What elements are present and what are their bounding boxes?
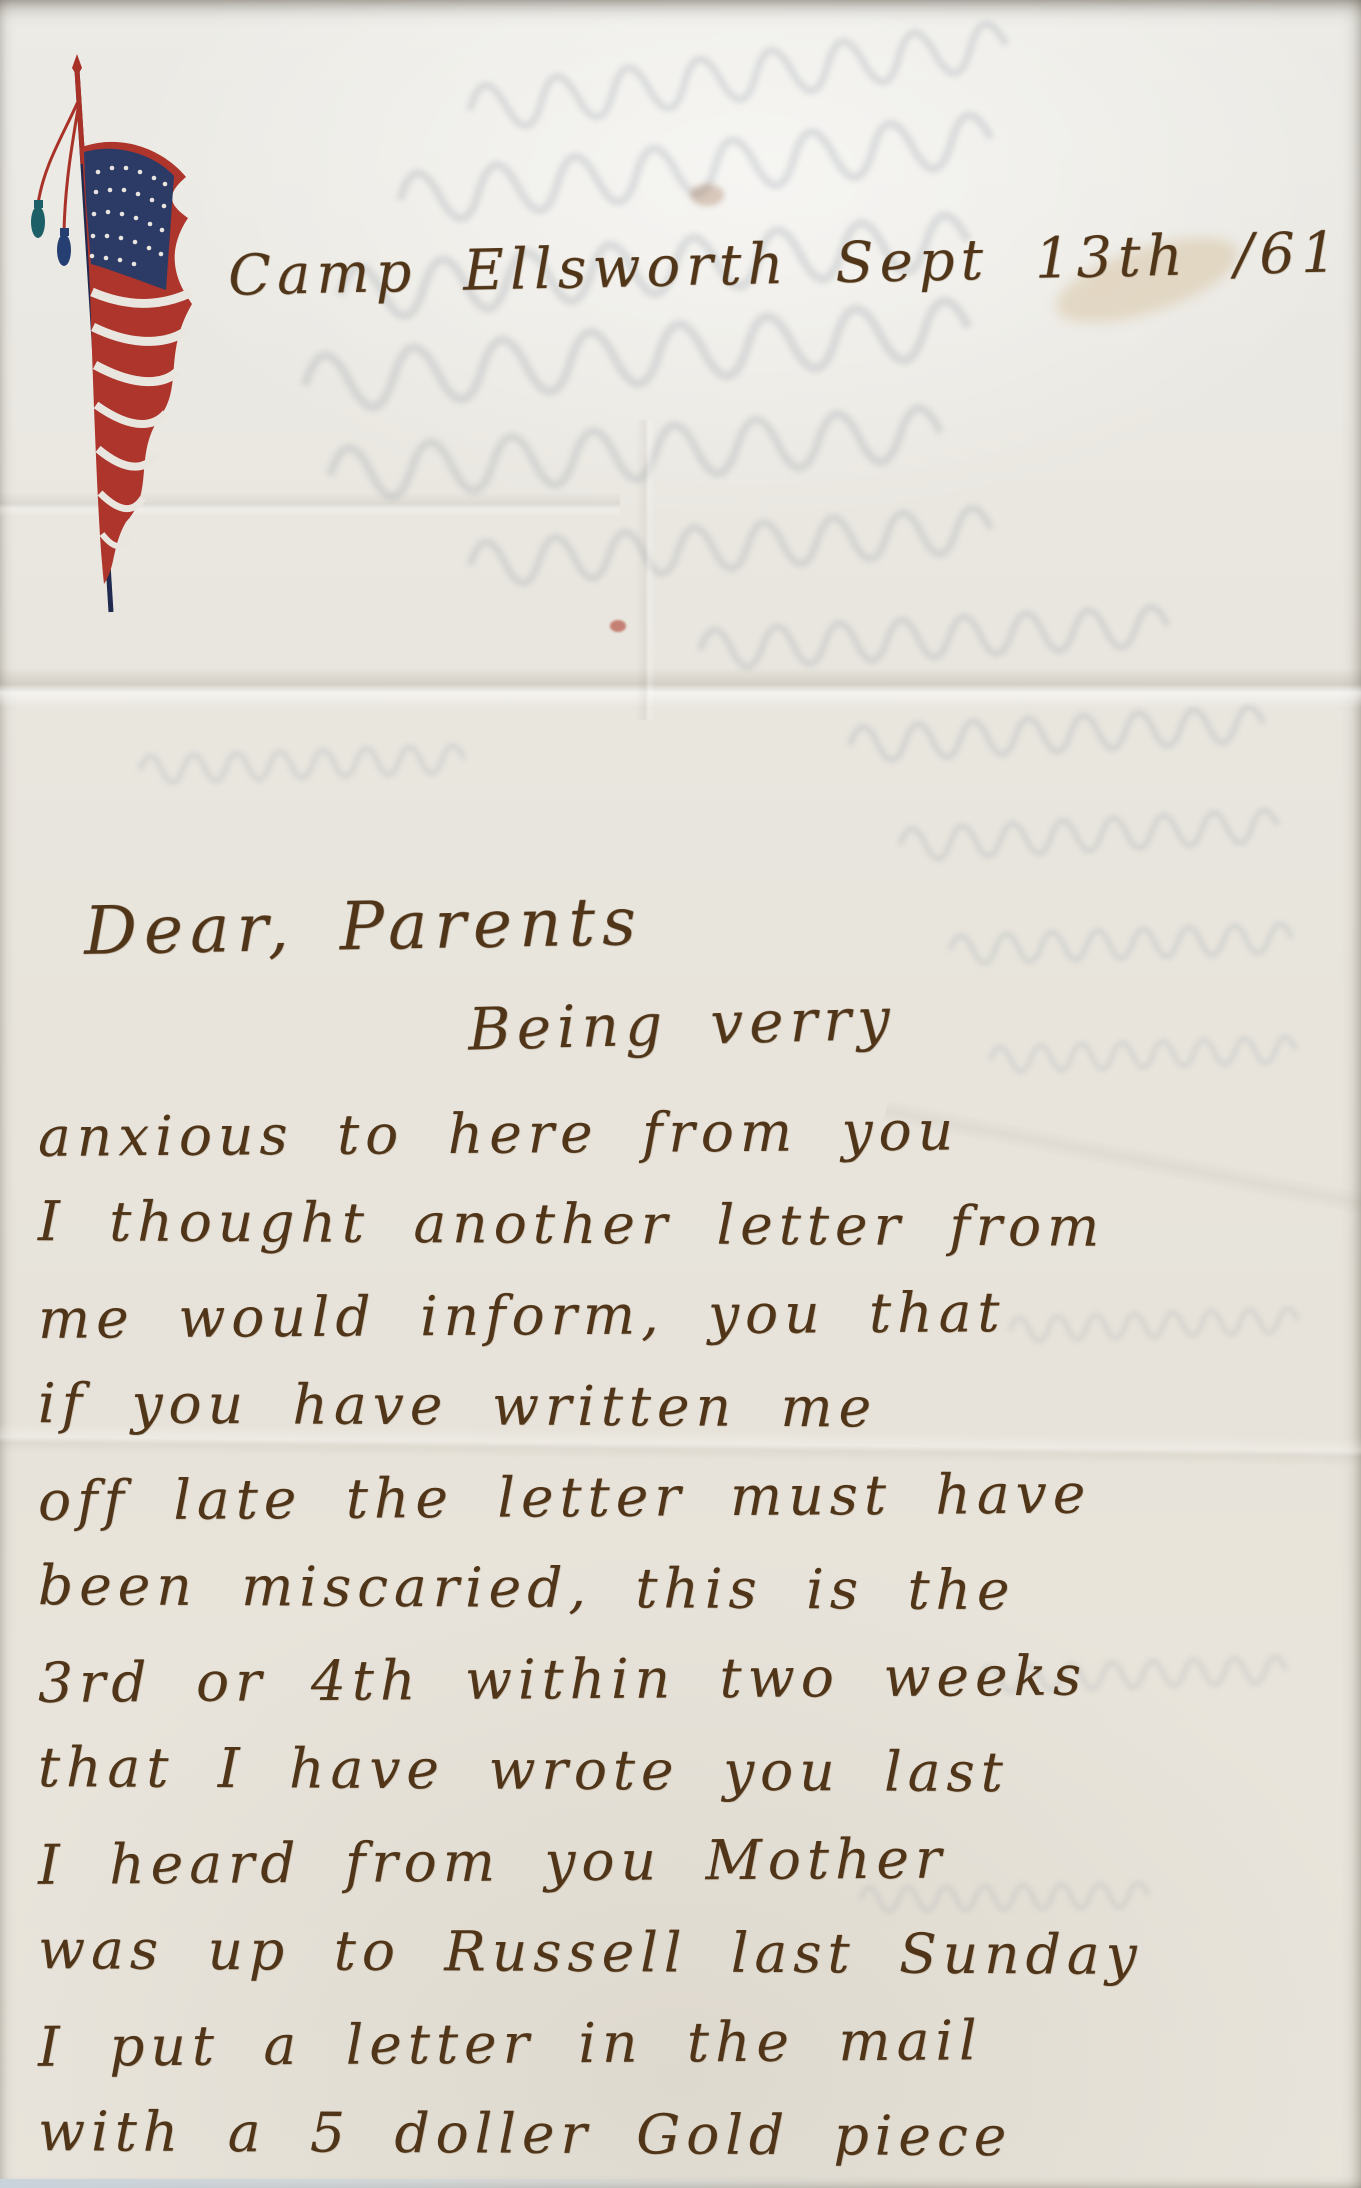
dateline: Camp Ellsworth Sept 13th /61 [227,220,1343,308]
fold-crease [0,668,1361,708]
letter-line: if you have written me [38,1358,1143,1455]
letter-line: off late the letter must have [38,1448,1143,1547]
letter-line: I thought another letter from [38,1176,1143,1273]
letter-line: anxious to here from you [38,1084,1143,1183]
letter-line: I heard from you Mother [38,1812,1143,1911]
flag-cord [38,97,80,232]
salutation: Dear, Parents [83,883,643,970]
letter-line: 3rd or 4th within two weeks [38,1630,1143,1729]
letter-line: me would inform, you that [38,1266,1143,1365]
letter-line: been miscaried, this is the [38,1540,1143,1637]
letter-line: with a 5 doller Gold piece [38,2086,1143,2183]
letter-line: was up to Russell last Sunday [38,1904,1143,2001]
flag-tassel-navy [57,228,71,266]
red-speck-stain [610,620,626,632]
letter-page: Camp Ellsworth Sept 13th /61 Dear, Paren… [0,0,1361,2188]
fold-crease [636,420,656,720]
letter-line: that I have wrote you last [38,1722,1143,1819]
ink-stain [690,184,724,206]
flag-tassel-teal [31,200,45,238]
letter-body: anxious to here from youI thought anothe… [38,1088,1143,2180]
opening-line: Being verry [467,984,896,1063]
american-flag-illustration [14,52,219,632]
letter-line: I put a letter in the mail [38,1994,1143,2093]
